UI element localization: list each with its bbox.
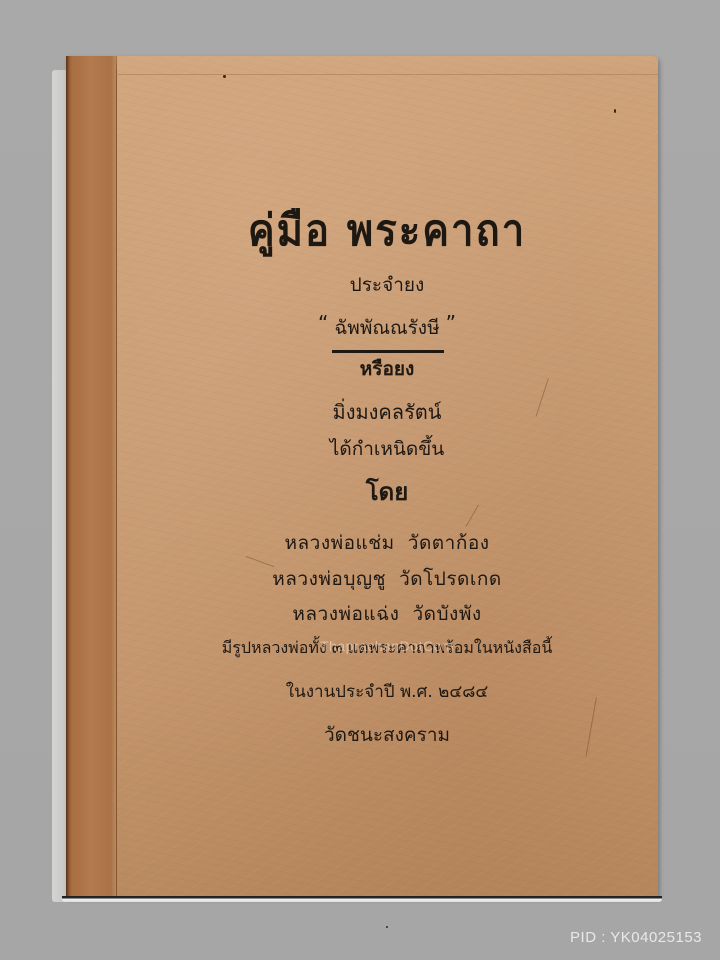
temple-footer: วัดชนะสงคราม	[116, 720, 658, 750]
quoted-name: ฉัพพัณณรังษี	[334, 313, 439, 347]
by-label: โดย	[116, 472, 658, 511]
sleeve-bottom-edge	[62, 896, 662, 902]
paper-speck	[386, 926, 388, 928]
booklet-spine	[66, 56, 117, 898]
quoted-name-text: ฉัพพัณณรังษี	[334, 317, 439, 339]
product-id-label: PID : YK04025153	[570, 929, 702, 946]
monk-name: หลวงพ่อแช่ม	[284, 532, 394, 554]
subtitle-prajam: ประจำยง	[116, 270, 658, 300]
monk-temple: วัดบังพัง	[412, 603, 481, 625]
monk-name: หลวงพ่อบุญชู	[272, 568, 386, 590]
monk-line: หลวงพ่อบุญชู วัดโปรดเกด	[116, 564, 658, 594]
monk-line: หลวงพ่อแช่ม วัดตาก้อง	[116, 528, 658, 558]
subtitle-rue: หรือยง	[116, 354, 658, 384]
open-quote: “	[318, 311, 328, 335]
contents-note: มีรูปหลวงพ่อทั้ง ๓ แตพระคาถาพร้อมในหนังส…	[116, 636, 658, 661]
quoted-name-line: “ ฉัพพัณณรังษี ”	[116, 311, 658, 347]
monk-temple: วัดตาก้อง	[408, 532, 490, 554]
monk-line: หลวงพ่อแฉ่ง วัดบังพัง	[116, 599, 658, 629]
name-underline	[332, 350, 443, 353]
subtitle-mongkol: มิ่งมงคลรัตน์	[116, 396, 658, 428]
booklet-cover: คู่มือ พระคาถา ประจำยง “ ฉัพพัณณรังษี ” …	[66, 56, 658, 898]
booklet-title: คู่มือ พระคาถา	[116, 195, 658, 264]
cover-text-block: คู่มือ พระคาถา ประจำยง “ ฉัพพัณณรังษี ” …	[116, 56, 658, 898]
close-quote: ”	[446, 311, 456, 335]
monk-temple: วัดโปรดเกด	[399, 568, 502, 590]
event-year: ในงานประจำปี พ.ศ. ๒๔๘๔	[116, 678, 658, 705]
monk-name: หลวงพ่อแฉ่ง	[292, 603, 399, 625]
subtitle-composed: ได้กำเหนิดขึ้น	[116, 434, 658, 464]
